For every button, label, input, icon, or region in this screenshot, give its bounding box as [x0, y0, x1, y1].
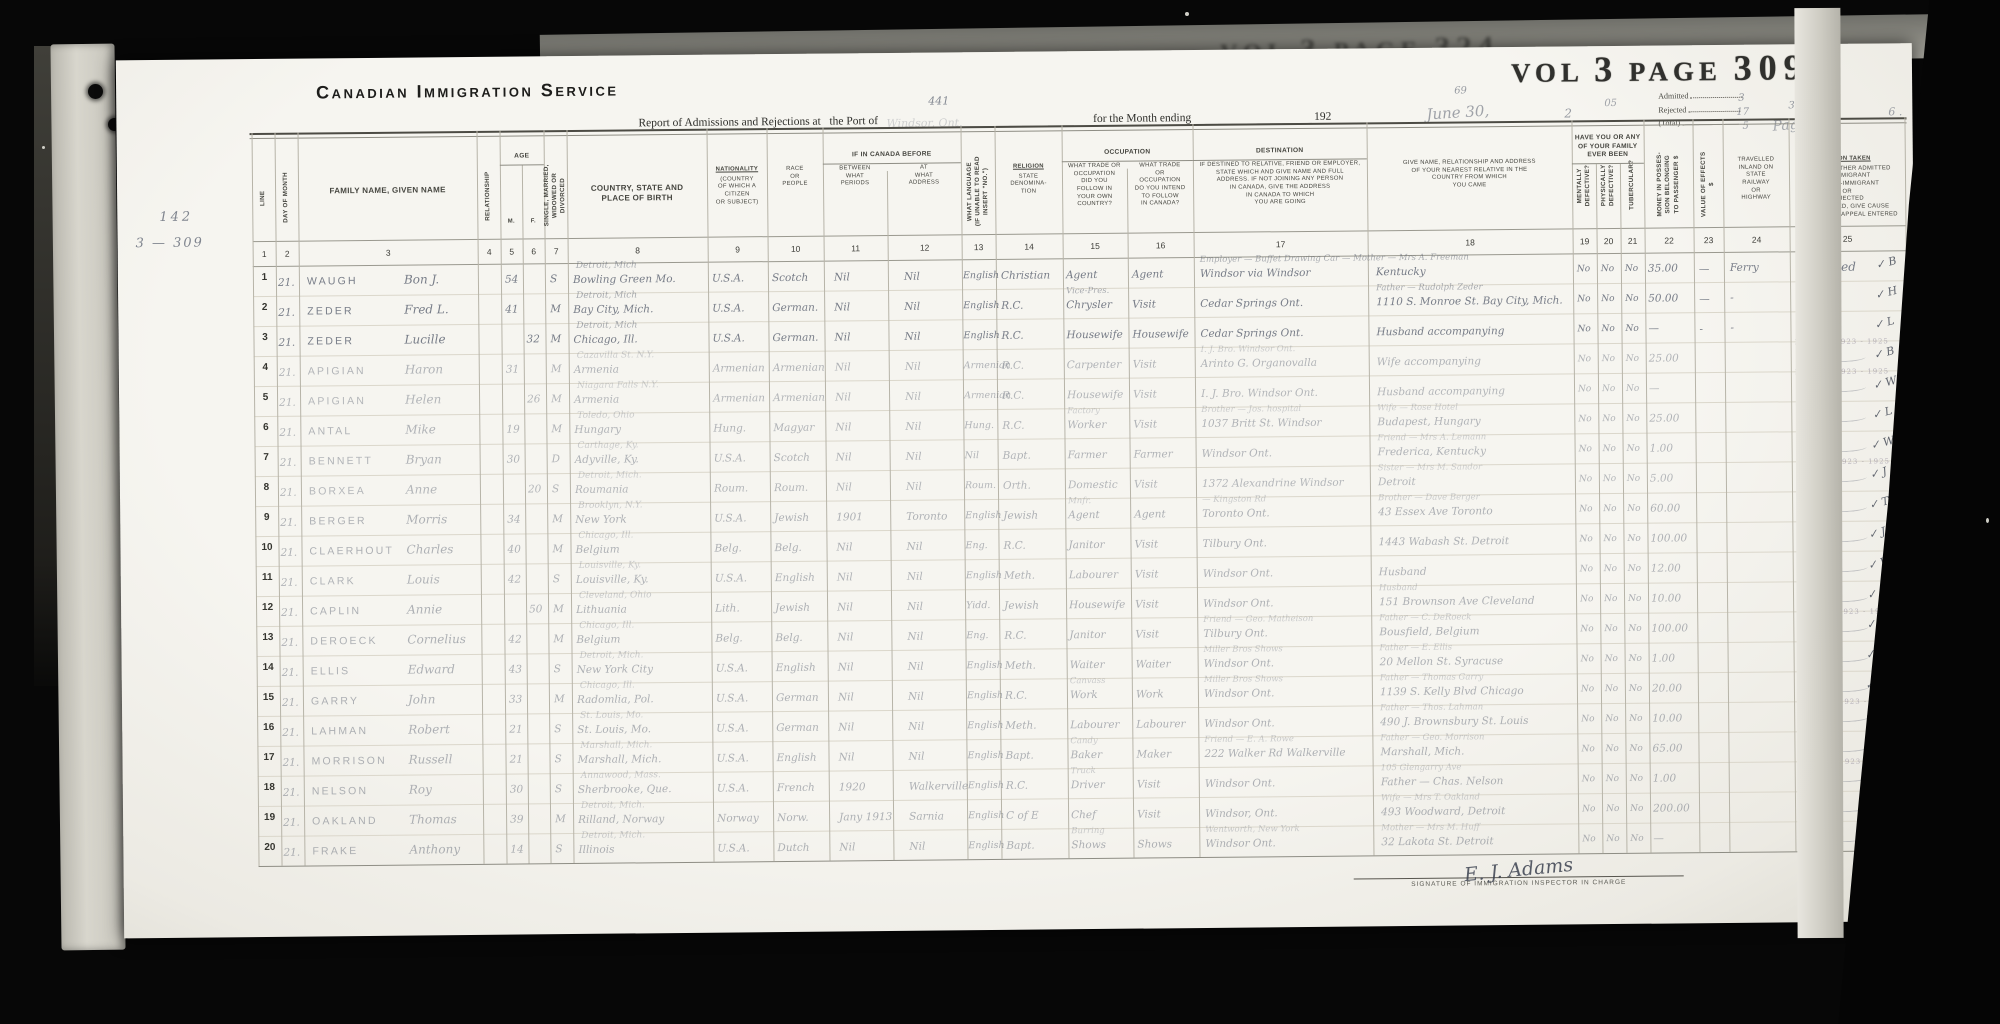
line-number: 3 — [253, 332, 276, 343]
cell-race: Magyar — [773, 422, 814, 434]
cell-canada-address: Nil — [905, 391, 921, 403]
cell-language: English — [966, 570, 1002, 581]
cell-canada-address: Nil — [909, 841, 925, 853]
cell-day: 21. — [280, 547, 297, 559]
cell-canada-period: Nil — [839, 841, 855, 853]
cell-language: English — [963, 270, 999, 281]
cell-nationality: U.S.A. — [716, 692, 748, 704]
cell-nationality: U.S.A. — [716, 662, 748, 674]
cell-canada-address: Nil — [908, 751, 924, 763]
cell-occupation-home: Work — [1070, 689, 1098, 701]
cell-birthplace: New York City — [577, 663, 653, 676]
cell-occupation-note: Truck — [1071, 766, 1096, 776]
cell-relative: 43 Essex Ave Toronto — [1378, 505, 1493, 518]
cell-nationality: U.S.A. — [712, 272, 744, 284]
cell-money: 5.00 — [1650, 472, 1674, 484]
cell-marital-status: M — [553, 633, 564, 645]
column-header-q21: TUBERCULAR? — [1620, 146, 1645, 224]
cell-relative-note: Father — Thomas Garry — [1380, 672, 1484, 683]
cell-birthplace: Armenia — [574, 394, 619, 406]
cell-physically-defective: No — [1603, 504, 1616, 514]
column-group-header: OCCUPATION — [1062, 148, 1193, 162]
cell-canada-period: Nil — [834, 271, 850, 283]
cell-relative: Husband accompanying — [1376, 325, 1504, 338]
cell-relative: 151 Brownson Ave Cleveland — [1379, 595, 1535, 608]
cell-money: 1.00 — [1650, 442, 1674, 454]
cell-race: German — [776, 692, 819, 704]
cell-family-name: ZEDER — [307, 335, 354, 347]
cell-family-name: BORXEA — [309, 485, 366, 498]
line-number: 2 — [253, 302, 276, 313]
cell-relative-note: Father — E. Ellis — [1379, 643, 1452, 654]
cell-mentally-defective: No — [1577, 264, 1590, 274]
cell-day: 21. — [281, 637, 298, 649]
cell-occupation-canada: Visit — [1134, 538, 1158, 550]
cell-race: German. — [772, 302, 818, 314]
column-number-1: 1 — [253, 249, 276, 259]
cell-relative-note: 105 Glengarry Ave — [1381, 763, 1462, 774]
cell-occupation-canada: Housewife — [1132, 328, 1188, 341]
edge-tally-mark: ✓ L — [1870, 404, 1893, 422]
cell-given-name: Bon J. — [404, 272, 439, 286]
cell-canada-address: Nil — [905, 421, 921, 433]
column-number-17: 17 — [1194, 238, 1368, 250]
cell-age: 43 — [509, 664, 522, 676]
cell-destination-note: Miller Bros Shows — [1204, 674, 1283, 685]
signature-block: E. J. Adams SIGNATURE OF IMMIGRATION INS… — [1354, 857, 1684, 888]
line-number: 8 — [255, 482, 278, 493]
cell-occupation-canada: Visit — [1135, 628, 1159, 640]
cell-nationality: U.S.A. — [712, 302, 744, 314]
cell-language: Nil — [965, 450, 979, 461]
cell-nationality: Belg. — [715, 632, 742, 644]
cell-destination: Cedar Springs Ont. — [1200, 327, 1303, 340]
cell-occupation-canada: Visit — [1133, 388, 1157, 400]
cell-day: 21. — [281, 577, 298, 589]
cell-destination: Cedar Springs Ont. — [1200, 297, 1303, 310]
column-header-name: FAMILY NAME, GIVEN NAME — [298, 185, 477, 197]
cell-relative: Father — Chas. Nelson — [1381, 775, 1504, 788]
grid-line-v — [1692, 119, 1700, 852]
cell-nationality: Belg. — [714, 542, 741, 554]
cell-effects: — — [1699, 263, 1710, 275]
grid-line-v — [544, 130, 552, 863]
cell-mentally-defective: No — [1577, 324, 1590, 334]
cell-race: English — [775, 572, 815, 584]
cell-residence: Cazavilla St. N.Y. — [577, 350, 655, 361]
cell-tubercular: No — [1625, 294, 1638, 304]
cell-money: 1.00 — [1653, 772, 1677, 784]
cell-canada-period: Nil — [838, 661, 854, 673]
cell-nationality: U.S.A. — [714, 512, 746, 524]
cell-religion: Bapt. — [1003, 450, 1031, 462]
cell-physically-defective: No — [1605, 744, 1618, 754]
dust-speck — [1986, 518, 1989, 523]
cell-money: 100.00 — [1650, 532, 1687, 544]
cell-residence: Marshall, Mich. — [580, 740, 652, 751]
cell-birthplace: Adyville, Ky. — [575, 453, 639, 466]
column-header-o2: WHAT TRADEOROCCUPATIONDO YOU INTENDTO FO… — [1127, 162, 1193, 209]
cell-relative-note: Wife — Rose Hotel — [1377, 403, 1458, 414]
grid-line-v — [887, 171, 895, 860]
cell-given-name: Russell — [408, 752, 452, 766]
cell-destination-note: Friend — Geo. Matheison — [1203, 614, 1313, 625]
grid-line-v — [566, 130, 574, 863]
cell-age: 21 — [509, 724, 522, 736]
cell-canada-period: Nil — [835, 391, 851, 403]
cell-occupation-home: Housewife — [1066, 329, 1122, 342]
cell-language: English — [965, 510, 1001, 521]
column-header-race: RACEORPEOPLE — [767, 166, 823, 190]
cell-birthplace: Belgium — [575, 544, 619, 556]
cell-family-name: APIGIAN — [308, 395, 366, 408]
cell-race: Scotch — [774, 452, 810, 464]
line-number: 18 — [258, 782, 281, 793]
cell-money: 20.00 — [1652, 682, 1682, 694]
cell-day: 21. — [282, 667, 299, 679]
cell-canada-address: Walkerville — [909, 780, 968, 793]
cell-given-name: Anthony — [409, 842, 460, 856]
cell-physically-defective: No — [1605, 654, 1618, 664]
cell-age: 21 — [509, 754, 522, 766]
cell-family-name: BENNETT — [309, 455, 374, 468]
cell-destination: Windsor Ont. — [1203, 567, 1274, 580]
cell-occupation-home: Labourer — [1069, 569, 1118, 581]
cell-family-name: DEROECK — [310, 635, 377, 648]
cell-relative: Frederica, Kentucky — [1378, 445, 1486, 458]
cell-residence: Carthage, Ky. — [577, 440, 638, 451]
grid-line-v — [1061, 125, 1069, 858]
cell-nationality: U.S.A. — [717, 782, 749, 794]
cell-language: English — [967, 720, 1003, 731]
line-number: 19 — [258, 812, 281, 823]
cell-physically-defective: No — [1603, 474, 1616, 484]
cell-relative: Budapest, Hungary — [1377, 415, 1480, 428]
cell-occupation-canada: Visit — [1133, 358, 1157, 370]
cell-physically-defective: No — [1602, 384, 1615, 394]
cell-occupation-canada: Visit — [1135, 568, 1159, 580]
cell-age: 42 — [508, 574, 521, 586]
cell-birthplace: Sherbrooke, Que. — [578, 783, 672, 796]
column-number-9: 9 — [708, 244, 768, 255]
cell-religion: R.C. — [1006, 780, 1028, 792]
cell-religion: Christian — [1001, 269, 1050, 281]
cell-marital-status: M — [550, 303, 561, 315]
column-number-10: 10 — [768, 244, 824, 255]
column-header-dest: IF DESTINED TO RELATIVE, FRIEND OR EMPLO… — [1193, 160, 1367, 208]
cell-day: 21. — [282, 697, 299, 709]
cell-occupation-canada: Visit — [1133, 418, 1157, 430]
cell-family-name: OAKLAND — [312, 815, 378, 828]
cell-tubercular: No — [1625, 264, 1638, 274]
grid-line-v — [1722, 119, 1730, 852]
cell-relative-note: Father — Geo. Morrison — [1380, 732, 1484, 743]
column-number-15: 15 — [1063, 241, 1128, 252]
cell-day: 21. — [278, 337, 295, 349]
column-header-money: MONEY IN POSSES-SION BELONGINGTO PASSENG… — [1644, 145, 1694, 223]
edge-tally-mark: ✓ W — [1871, 374, 1898, 393]
cell-race: German — [776, 722, 819, 734]
column-header-m: M. — [500, 218, 522, 226]
cell-age: 32 — [526, 333, 539, 345]
table-top-rule — [250, 117, 1907, 135]
underlying-pages-edge — [1794, 8, 1843, 938]
cell-family-name: ANTAL — [308, 425, 352, 437]
cell-marital-status: S — [554, 723, 561, 735]
column-number-5: 5 — [501, 246, 523, 256]
cell-race: Roum. — [774, 482, 808, 494]
line-number: 12 — [256, 602, 279, 613]
cell-religion: C of E — [1006, 810, 1039, 822]
cell-occupation-home: Carpenter — [1067, 359, 1122, 372]
cell-birthplace: Rilland, Norway — [578, 813, 664, 826]
cell-race: Armenian — [773, 392, 825, 404]
column-header-kin: GIVE NAME, RELATIONSHIP AND ADDRESSOF YO… — [1367, 158, 1572, 191]
cell-occupation-home: Agent — [1066, 269, 1098, 281]
ledger-page: Canadian Immigration Service Report of A… — [116, 43, 1920, 938]
cell-tubercular: No — [1628, 624, 1641, 634]
cell-relative: Marshall, Mich. — [1380, 745, 1464, 758]
cell-religion: R.C. — [1002, 420, 1024, 432]
cell-marital-status: S — [554, 753, 561, 765]
cell-religion: Jewish — [1003, 510, 1038, 522]
cell-occupation-home: Driver — [1071, 779, 1105, 791]
line-number: 13 — [256, 632, 279, 643]
edge-tally-mark: ✓ J — [1869, 465, 1889, 482]
cell-residence: Annawood, Mass. — [581, 770, 661, 781]
line-number: 5 — [254, 392, 277, 403]
cell-occupation-canada: Visit — [1132, 298, 1156, 310]
cell-nationality: Hung. — [713, 422, 746, 434]
cell-day: 21. — [280, 457, 297, 469]
cell-occupation-canada: Visit — [1137, 808, 1161, 820]
cell-religion: Orth. — [1003, 480, 1031, 492]
cell-tubercular: No — [1627, 504, 1640, 514]
cell-race: English — [776, 662, 816, 674]
cell-given-name: Annie — [407, 602, 442, 616]
cell-given-name: Mike — [405, 422, 436, 436]
cell-race: Belg. — [775, 632, 802, 644]
cell-given-name: Anne — [406, 482, 437, 496]
cell-nationality: Roum. — [714, 482, 748, 494]
cell-marital-status: S — [552, 483, 559, 495]
cell-residence: St. Louis, Mo. — [580, 710, 643, 721]
cell-occupation-canada: Work — [1136, 688, 1164, 700]
cell-physically-defective: No — [1602, 414, 1615, 424]
cell-occupation-note: Burring — [1071, 826, 1105, 836]
cell-mentally-defective: No — [1580, 624, 1593, 634]
cell-residence: Cleveland, Ohio — [579, 590, 652, 601]
cell-given-name: Roy — [409, 782, 432, 796]
cell-language: English — [968, 840, 1004, 851]
cell-relative: 490 J. Brownsbury St. Louis — [1380, 715, 1528, 728]
cell-canada-address: Nil — [907, 631, 923, 643]
cell-tubercular: No — [1625, 324, 1638, 334]
cell-canada-period: Nil — [836, 541, 852, 553]
cell-money: 200.00 — [1653, 802, 1690, 814]
grid-line-v — [522, 164, 530, 863]
column-header-lang: WHAT LANGUAGE(IF UNABLE TO READINSERT "N… — [961, 152, 996, 230]
cell-residence: Detroit, Mich. — [578, 470, 642, 481]
cell-tubercular: No — [1626, 414, 1639, 424]
cell-age: 50 — [529, 603, 542, 615]
cell-occupation-home: Worker — [1067, 419, 1106, 431]
cell-relative: 493 Woodward, Detroit — [1381, 805, 1505, 818]
cell-destination: Windsor via Windsor — [1200, 267, 1311, 280]
cell-destination-note: Friend — E. A. Rowe — [1204, 734, 1294, 745]
cell-birthplace: Radomlia, Pol. — [577, 693, 654, 706]
cell-relative: 20 Mellon St. Syracuse — [1380, 655, 1504, 668]
cell-physically-defective: No — [1601, 264, 1614, 274]
line-number: 6 — [254, 422, 277, 433]
column-number-13: 13 — [962, 242, 996, 252]
cell-family-name: CAPLIN — [310, 605, 361, 617]
cell-nationality: Armenian — [713, 362, 765, 374]
cell-language: English — [967, 750, 1003, 761]
cell-language: Roum. — [965, 480, 996, 491]
cell-residence: Louisville, Ky. — [579, 560, 641, 571]
dust-speck — [42, 146, 45, 149]
cell-money: 65.00 — [1652, 742, 1682, 754]
cell-destination: I. J. Bro. Windsor Ont. — [1201, 387, 1318, 400]
cell-birthplace: Belgium — [576, 634, 620, 646]
cell-inland-by: Ferry — [1730, 262, 1759, 274]
cell-canada-period: Nil — [837, 631, 853, 643]
cell-canada-address: Nil — [905, 361, 921, 373]
cell-mentally-defective: No — [1581, 744, 1594, 754]
column-number-4: 4 — [478, 247, 501, 257]
cell-mentally-defective: No — [1579, 534, 1592, 544]
cell-given-name: Charles — [406, 542, 453, 556]
cell-canada-period: Jany 1913 — [839, 811, 892, 824]
cell-physically-defective: No — [1604, 594, 1617, 604]
cell-mentally-defective: No — [1578, 354, 1591, 364]
cell-birthplace: St. Louis, Mo. — [577, 723, 651, 736]
cell-tubercular: No — [1627, 534, 1640, 544]
cell-age: 34 — [507, 514, 520, 526]
cell-age: 31 — [506, 364, 519, 376]
cell-mentally-defective: No — [1577, 294, 1590, 304]
cell-day: 21. — [281, 607, 298, 619]
line-number: 15 — [257, 692, 280, 703]
cell-relative: Kentucky — [1376, 266, 1426, 278]
column-header-relig: RELIGIONSTATEDENOMINA-TION — [995, 163, 1062, 196]
cell-money: — — [1649, 383, 1660, 395]
grid-line-v — [766, 128, 774, 861]
cell-occupation-note: Factory — [1067, 406, 1100, 416]
cell-occupation-canada: Agent — [1132, 268, 1164, 280]
cell-destination: Windsor Ont. — [1205, 777, 1276, 790]
cell-day: 21. — [283, 847, 300, 859]
cell-marital-status: M — [552, 543, 563, 555]
cell-destination-note: I. J. Bro. Windsor Ont. — [1201, 344, 1296, 355]
cell-destination: Arinto G. Organovalla — [1201, 357, 1317, 370]
cell-residence: Chicago, Ill. — [580, 680, 635, 691]
cell-residence: Detroit, Mich — [576, 260, 637, 271]
cell-occupation-home: Agent — [1068, 509, 1100, 521]
cell-marital-status: S — [553, 573, 560, 585]
cell-age: 33 — [509, 694, 522, 706]
cell-given-name: Bryan — [406, 452, 442, 466]
edge-tally-mark: ✓ J — [1867, 525, 1887, 542]
cell-canada-address: Nil — [908, 721, 924, 733]
line-number: 17 — [257, 752, 280, 763]
cell-residence: Niagara Falls N.Y. — [577, 380, 659, 391]
cell-destination-note: Brother — Jos. hospital — [1201, 404, 1301, 415]
cell-tubercular: No — [1630, 834, 1643, 844]
cell-canada-period: Nil — [837, 601, 853, 613]
cell-language: English — [968, 780, 1004, 791]
cell-language: Eng. — [965, 540, 987, 551]
cell-physically-defective: No — [1606, 804, 1619, 814]
grid-line-v — [822, 128, 830, 861]
cell-relative-note: Father — Rudolph Zeder — [1376, 282, 1483, 293]
cell-religion: Bapt. — [1005, 750, 1033, 762]
column-number-3: 3 — [299, 247, 478, 259]
grid-line-v — [500, 131, 508, 864]
cell-occupation-note: Canvass — [1070, 676, 1106, 686]
cell-tubercular: No — [1629, 744, 1642, 754]
cell-nationality: U.S.A. — [716, 722, 748, 734]
cell-tubercular: No — [1626, 384, 1639, 394]
cell-race: Armenian — [773, 362, 825, 374]
cell-birthplace: Roumania — [575, 483, 629, 496]
cell-religion: R.C. — [1005, 690, 1027, 702]
cell-destination: Windsor Ont. — [1204, 657, 1275, 670]
column-group-header: DESTINATION — [1193, 146, 1367, 160]
cell-occupation-canada: Waiter — [1136, 658, 1171, 670]
column-number-2: 2 — [276, 249, 299, 259]
column-number-24: 24 — [1724, 234, 1790, 245]
cell-occupation-home: Baker — [1070, 749, 1102, 761]
cell-mentally-defective: No — [1581, 714, 1594, 724]
column-header-addr: ATWHATADDRESS — [887, 164, 961, 188]
cell-nationality: U.S.A. — [712, 332, 744, 344]
cell-canada-address: Nil — [907, 601, 923, 613]
cell-tubercular: No — [1627, 474, 1640, 484]
cell-family-name: MORRISON — [311, 755, 386, 768]
cell-canada-address: Toronto — [906, 510, 947, 522]
cell-relative: 1443 Wabash St. Detroit — [1378, 535, 1509, 548]
cell-marital-status: M — [551, 393, 562, 405]
cell-occupation-canada: Agent — [1134, 508, 1166, 520]
cell-religion: R.C. — [1004, 630, 1026, 642]
cell-nationality: U.S.A. — [716, 752, 748, 764]
cell-religion: R.C. — [1001, 330, 1023, 342]
dust-speck — [1185, 12, 1189, 16]
line-number: 20 — [258, 842, 281, 853]
cell-occupation-canada: Shows — [1137, 838, 1172, 850]
cell-mentally-defective: No — [1579, 444, 1592, 454]
cell-marital-status: M — [550, 333, 561, 345]
cell-family-name: LAHMAN — [311, 725, 368, 738]
cell-religion: Meth. — [1005, 720, 1036, 732]
cell-physically-defective: No — [1605, 714, 1618, 724]
column-number-20: 20 — [1597, 236, 1621, 246]
cell-given-name: Cornelius — [407, 632, 466, 647]
cell-mentally-defective: No — [1581, 654, 1594, 664]
column-number-12: 12 — [888, 242, 962, 253]
cell-day: 21. — [279, 367, 296, 379]
cell-destination-note: — Kingston Rd — [1202, 494, 1266, 505]
cell-canada-period: Nil — [835, 361, 851, 373]
column-number-11: 11 — [824, 243, 888, 254]
cell-relative: Detroit — [1378, 476, 1416, 488]
cell-language: Hung. — [964, 420, 994, 431]
column-number-19: 19 — [1573, 236, 1597, 246]
column-header-birth: COUNTRY, STATE ANDPLACE OF BIRTH — [567, 183, 707, 205]
cell-race: English — [776, 752, 816, 764]
